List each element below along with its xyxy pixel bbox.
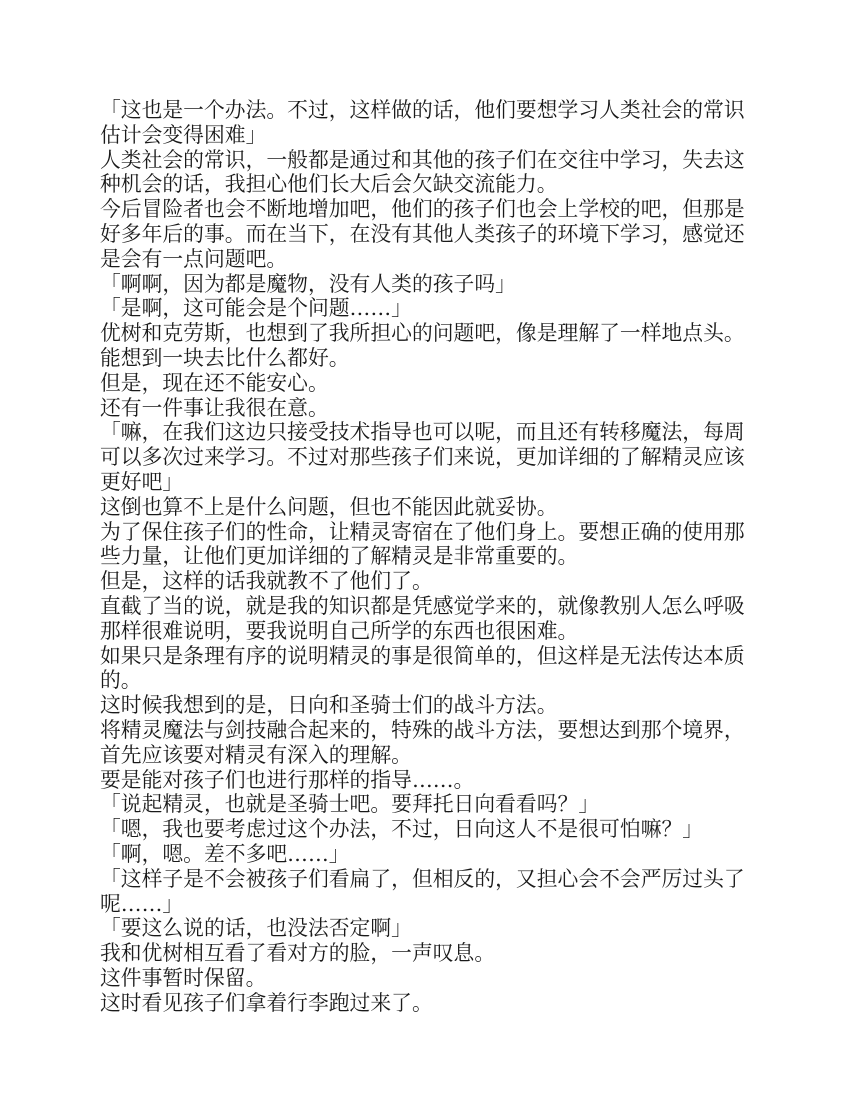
- paragraph: 如果只是条理有序的说明精灵的事是很简单的，但这样是无法传达本质的。: [100, 644, 752, 694]
- paragraph-dialogue: 「说起精灵，也就是圣骑士吧。要拜托日向看看吗？」: [100, 792, 752, 817]
- paragraph-dialogue: 「啊啊，因为都是魔物，没有人类的孩子吗」: [100, 272, 752, 297]
- paragraph: 人类社会的常识，一般都是通过和其他的孩子们在交往中学习，失去这种机会的话，我担心…: [100, 148, 752, 198]
- paragraph-dialogue: 「要这么说的话，也没法否定啊」: [100, 916, 752, 941]
- paragraph: 能想到一块去比什么都好。: [100, 346, 752, 371]
- paragraph: 但是，这样的话我就教不了他们了。: [100, 569, 752, 594]
- paragraph: 这件事暂时保留。: [100, 966, 752, 991]
- paragraph-dialogue: 「啊，嗯。差不多吧……」: [100, 842, 752, 867]
- paragraph: 今后冒险者也会不断地增加吧，他们的孩子们也会上学校的吧，但那是好多年后的事。而在…: [100, 197, 752, 271]
- paragraph: 这时看见孩子们拿着行李跑过来了。: [100, 991, 752, 1016]
- paragraph: 这倒也算不上是什么问题，但也不能因此就妥协。: [100, 495, 752, 520]
- paragraph: 优树和克劳斯，也想到了我所担心的问题吧，像是理解了一样地点头。: [100, 321, 752, 346]
- paragraph-dialogue: 「嘛，在我们这边只接受技术指导也可以呢，而且还有转移魔法，每周可以多次过来学习。…: [100, 420, 752, 494]
- paragraph: 直截了当的说，就是我的知识都是凭感觉学来的，就像教别人怎么呼吸那样很难说明，要我…: [100, 594, 752, 644]
- paragraph: 要是能对孩子们也进行那样的指导……。: [100, 768, 752, 793]
- paragraph: 我和优树相互看了看对方的脸，一声叹息。: [100, 941, 752, 966]
- paragraph: 这时候我想到的是，日向和圣骑士们的战斗方法。: [100, 693, 752, 718]
- paragraph: 将精灵魔法与剑技融合起来的，特殊的战斗方法，要想达到那个境界，首先应该要对精灵有…: [100, 718, 752, 768]
- document-page: 「这也是一个办法。不过，这样做的话，他们要想学习人类社会的常识估计会变得困难」 …: [100, 98, 752, 1015]
- paragraph: 还有一件事让我很在意。: [100, 396, 752, 421]
- paragraph-dialogue: 「这样子是不会被孩子们看扁了，但相反的，又担心会不会严厉过头了呢……」: [100, 867, 752, 917]
- paragraph-dialogue: 「嗯，我也要考虑过这个办法，不过，日向这人不是很可怕嘛？」: [100, 817, 752, 842]
- paragraph: 为了保住孩子们的性命，让精灵寄宿在了他们身上。要想正确的使用那些力量，让他们更加…: [100, 520, 752, 570]
- paragraph-dialogue: 「是啊，这可能会是个问题……」: [100, 296, 752, 321]
- paragraph-dialogue: 「这也是一个办法。不过，这样做的话，他们要想学习人类社会的常识估计会变得困难」: [100, 98, 752, 148]
- paragraph: 但是，现在还不能安心。: [100, 371, 752, 396]
